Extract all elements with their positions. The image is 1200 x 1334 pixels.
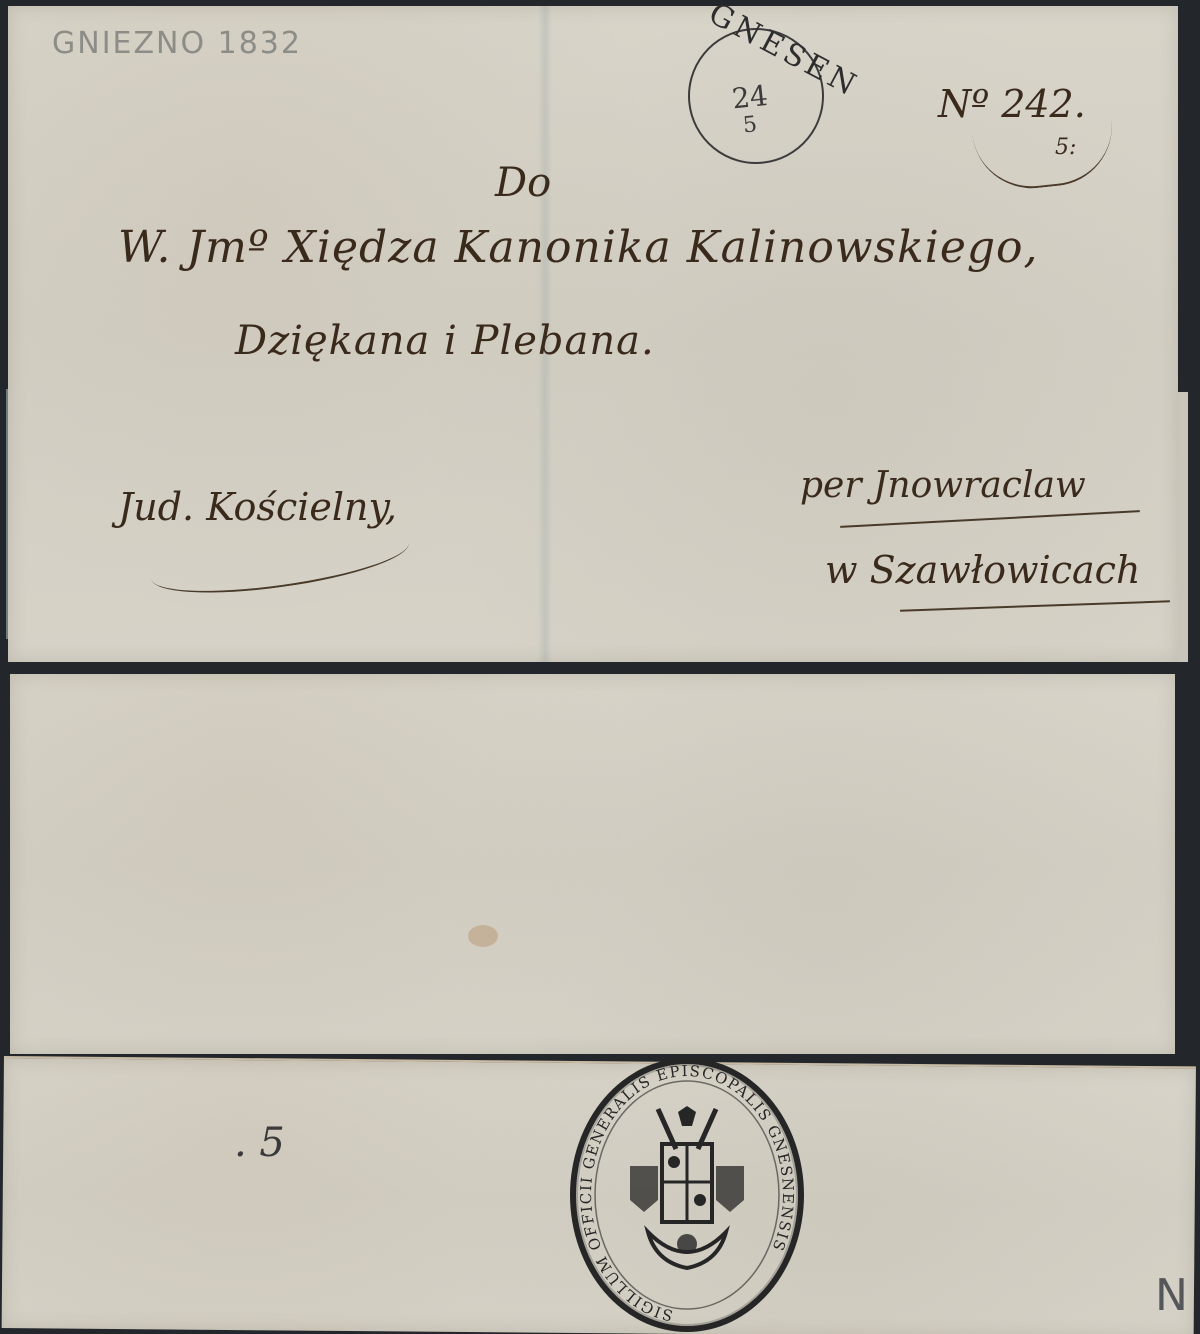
coat-of-arms-icon xyxy=(628,1104,746,1279)
corner-pencil-mark: N xyxy=(1155,1270,1190,1321)
manuscript-mark: . 5 xyxy=(234,1120,285,1166)
reference-sub: 5: xyxy=(1055,135,1076,160)
front-right-strip xyxy=(1178,392,1188,662)
salutation: Do xyxy=(495,160,551,206)
address-line-2: Dziękana i Plebana. xyxy=(235,318,655,364)
pencil-note: GNIEZNO 1832 xyxy=(52,26,302,61)
reference-number: Nº 242. xyxy=(938,82,1086,126)
route-line-2: w Szawłowicach xyxy=(825,548,1140,592)
postmark-month: 5 xyxy=(742,112,759,138)
paper-stain xyxy=(468,925,498,947)
origin-note: Jud. Kościelny, xyxy=(118,485,397,529)
postmark-day: 24 xyxy=(730,79,769,116)
route-line-1: per Jnowraclaw xyxy=(800,465,1086,506)
address-line-1: W. Jmº Xiędza Kanonika Kalinowskiego, xyxy=(118,222,1039,273)
letter-back xyxy=(10,674,1175,1054)
episcopal-seal: SIGILLUM OFFICII GENERALIS EPISCOPALIS G… xyxy=(570,1058,804,1332)
